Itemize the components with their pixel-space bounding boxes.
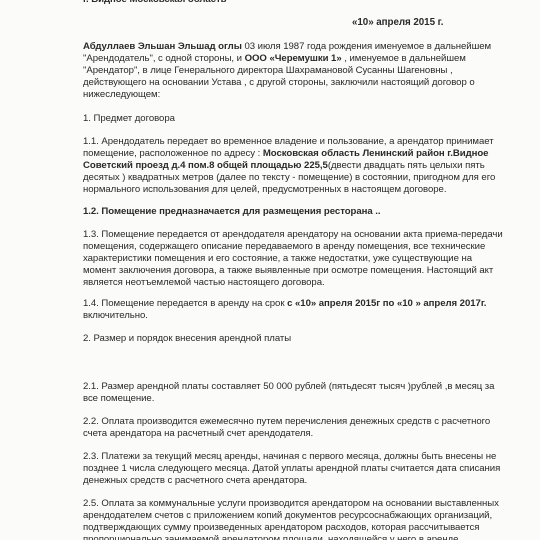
clause-text: 1.4. Помещение передается в аренду на ср… bbox=[83, 298, 287, 309]
property-address-area: Советский проезд д.4 пом.8 общей площадь… bbox=[83, 160, 328, 171]
preamble-line-4: действующего на основании Устава , с дру… bbox=[83, 77, 475, 89]
clause-text: помещение, расположенное по адресу : bbox=[83, 148, 263, 159]
clause-2-1-line: 2.1. Размер арендной платы составляет 50… bbox=[83, 381, 494, 393]
section-2-heading: 2. Размер и порядок внесения арендной пл… bbox=[83, 333, 291, 345]
preamble-text: "Арендодатель", с одной стороны, и bbox=[83, 53, 245, 64]
clause-2-3-line: позднее 1 числа следующего месяца. Датой… bbox=[83, 463, 500, 475]
lessor-name: Абдуллаев Эльшан Эльшад оглы bbox=[83, 41, 242, 52]
clause-1-3-line: характеристики помещения и его состояние… bbox=[83, 253, 472, 265]
clause-2-5-line: подтверждающих сумму произведенных аренд… bbox=[83, 522, 479, 534]
clause-1-1-line: нормального использования для целей, пре… bbox=[83, 184, 446, 196]
preamble-line-3: "Арендатор", в лице Генерального директо… bbox=[83, 65, 453, 77]
clause-2-5-line: пропорционально занимаемой арендатором п… bbox=[83, 534, 458, 540]
preamble-text: , именуемое в дальнейшем bbox=[342, 53, 466, 64]
preamble-text: 03 июля 1987 года рождения именуемое в д… bbox=[242, 41, 491, 52]
clause-2-1-line: все помещение. bbox=[83, 393, 154, 405]
clause-2-5-line: арендодателем счетов с приложением копий… bbox=[83, 510, 492, 522]
clause-1-1-line: десятых ) квадратных метров (далее по те… bbox=[83, 172, 495, 184]
clause-1-4-line: включительно. bbox=[83, 310, 148, 322]
clause-1-3-line: является неотъемлемой частью настоящего … bbox=[83, 277, 325, 289]
clause-text: (двести двадцать пять целыхи пять bbox=[328, 160, 485, 171]
preamble-line-1: Абдуллаев Эльшан Эльшад оглы 03 июля 198… bbox=[83, 41, 491, 53]
clause-1-1-line: помещение, расположенное по адресу : Мос… bbox=[83, 148, 488, 160]
document-city: г. Видное Московская область bbox=[83, 0, 226, 6]
lease-term: с «10» апреля 2015г по «10 » апреля 2017… bbox=[287, 298, 486, 309]
clause-2-2-line: 2.2. Оплата производится ежемесячно путе… bbox=[83, 416, 490, 428]
clause-1-2: 1.2. Помещение предназначается для разме… bbox=[83, 206, 381, 218]
document-page: г. Видное Московская область «10» апреля… bbox=[0, 0, 540, 540]
clause-1-1-line: Советский проезд д.4 пом.8 общей площадь… bbox=[83, 160, 485, 172]
lessee-name: ООО «Черемушки 1» bbox=[245, 53, 342, 64]
section-1-heading: 1. Предмет договора bbox=[83, 113, 175, 125]
preamble-line-2: "Арендодатель", с одной стороны, и ООО «… bbox=[83, 53, 466, 65]
clause-2-3-line: денежных средств с расчетного счета арен… bbox=[83, 475, 307, 487]
clause-2-3-line: 2.3. Платежи за текущий месяц аренды, на… bbox=[83, 451, 496, 463]
clause-1-3-line: помещения, содержащего описание передава… bbox=[83, 241, 485, 253]
property-address: Московская область Ленинский район г.Вид… bbox=[263, 148, 489, 159]
clause-2-5-line: 2.5. Оплата за коммунальные услуги произ… bbox=[83, 498, 499, 510]
preamble-line-5: нижеследующем: bbox=[83, 89, 160, 101]
document-date: «10» апреля 2015 г. bbox=[352, 17, 443, 29]
clause-1-3-line: момент заключения договора, а также выяв… bbox=[83, 265, 493, 277]
clause-1-1-line: 1.1. Арендодатель передает во временное … bbox=[83, 136, 494, 148]
clause-1-3-line: 1.3. Помещение передается от арендодател… bbox=[83, 229, 503, 241]
clause-1-4-line: 1.4. Помещение передается в аренду на ср… bbox=[83, 298, 486, 310]
clause-2-2-line: счета арендатора на расчетный счет аренд… bbox=[83, 428, 313, 440]
